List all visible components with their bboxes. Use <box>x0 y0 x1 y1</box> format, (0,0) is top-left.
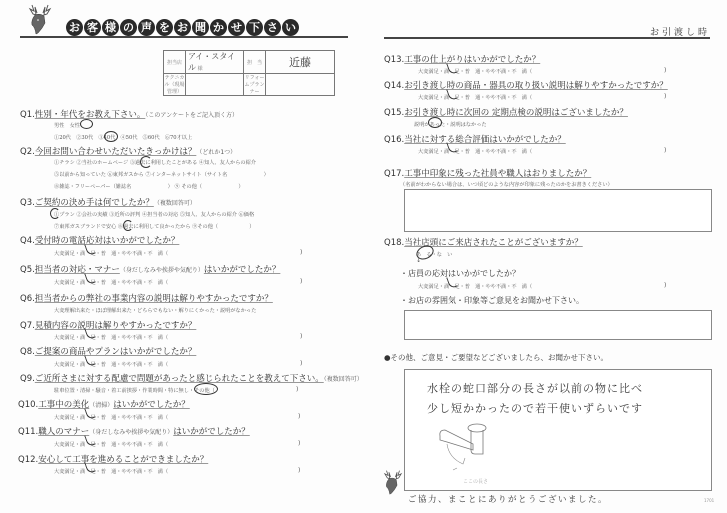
q12-rating-options[interactable]: 大変満足・満 足・普 通・やや不満・不 満（ <box>54 468 168 475</box>
selection-circle <box>104 131 118 142</box>
q-text: 今回お問い合わせいただいたきっかけは？ <box>35 147 197 157</box>
question-2: Q2.今回お問い合わせいただいたきっかけは？（どれか1つ） <box>20 145 236 157</box>
comment-line-2: 少し短かかったので若干使いずらいです <box>427 400 643 416</box>
q-note: （身だしなみや挨拶や気配り） <box>89 429 173 436</box>
q-text: ご近所さまに対する配慮で問題があったと感じられたことを教えて下さい。 <box>35 374 324 384</box>
selection-circle <box>140 156 152 168</box>
arrow-down-icon: ↓ <box>416 257 421 264</box>
comment-line-1: 水栓の蛇口部分の長さが以前の物に比べ <box>427 380 643 396</box>
comments-heading: ●その他、ご意見・ご要望などございましたら、お聞かせ下さい。 <box>384 352 608 363</box>
q-num: Q10. <box>18 400 38 410</box>
q-num: Q9. <box>20 374 35 384</box>
header-divider <box>20 36 348 38</box>
question-12: Q12.安心して工事を進めることができましたか？ <box>18 453 208 465</box>
q-note: （身だしなみや挨拶や気配り） <box>120 267 204 274</box>
question-14: Q14.お引き渡し時の商品・器具の取り扱い説明は解りやすかったですか？ <box>384 79 668 91</box>
q11-rating-options[interactable]: 大変満足・満 足・普 通・やや不満・不 満（ <box>54 441 168 448</box>
selection-circle <box>123 220 133 231</box>
q2-options-row1[interactable]: ①チラシ ②当社のホームページ ③過去に利用したことがある ④知人、友人からの紹… <box>54 159 256 166</box>
q14-rating-options[interactable]: 大変満足・満 足・普 通・やや不満・不 満（ <box>418 94 532 101</box>
title-char: せ <box>228 19 245 36</box>
q5-rating-options[interactable]: 大変満足・満 足・普 通・やや不満・不 満（ <box>54 279 168 286</box>
q-num: Q11. <box>18 427 38 437</box>
question-10: Q10.工事中の美化（清掃）はいかがでしたか？ <box>18 398 190 410</box>
q7-rating-options[interactable]: 大変満足・満 足・普 通・やや不満・不 満（ <box>54 334 168 341</box>
title-char: お <box>174 19 191 36</box>
sub-q1-rating-options[interactable]: 大変満足・満 足・普 通・やや不満・不 満（ <box>418 283 532 290</box>
q-num: Q6. <box>20 294 35 304</box>
title-char: い <box>282 19 299 36</box>
question-5: Q5.担当者の対応・マナー（身だしなみや挨拶や気配り）はいかがでしたか？ <box>20 263 280 275</box>
q15-options[interactable]: 説明があった・説明はなかった <box>414 121 487 128</box>
q-num: Q7. <box>20 321 35 331</box>
q-num: Q4. <box>20 236 35 246</box>
right-page: お引渡し時 Q13.工事の仕上がりはいかがでしたか？ 大変満足・満 足・普 通・… <box>364 0 727 513</box>
person-label: 担 当 <box>244 51 266 74</box>
q-text: はいかがでしたか？ <box>113 400 190 410</box>
q16-rating-options[interactable]: 大変満足・満 足・普 通・やや不満・不 満（ <box>418 148 532 155</box>
question-17: Q17.工事中印象に残った社員や職人はおりましたか？ <box>384 167 591 179</box>
q-num: Q8. <box>20 347 35 357</box>
selection-circle <box>428 117 442 128</box>
question-13: Q13.工事の仕上がりはいかがでしたか？ <box>384 53 540 65</box>
title-char: か <box>210 19 227 36</box>
question-4: Q4.受付時の電話応対はいかがでしたか？ <box>20 234 179 246</box>
closing-message: ご協力、まことにありがとうございました。 <box>408 493 608 505</box>
paren-close: ) <box>300 278 302 285</box>
question-3: Q3.ご契約の決め手は何でしたか？（複数回答可） <box>20 196 196 208</box>
faucet-sketch-icon <box>435 420 495 485</box>
q-text: 工事中印象に残った社員や職人はおりましたか？ <box>404 169 591 179</box>
deer-logo-icon <box>24 3 56 35</box>
left-page: お 客 様 の 声 を お 聞 か せ 下 さ い 担当店 アイ・スタイル 様 … <box>0 0 364 513</box>
q-text: ご提案の商品やプランはいかがでしたか？ <box>35 347 197 357</box>
store-suffix: 様 <box>198 66 203 72</box>
q10-rating-options[interactable]: 大変満足・満 足・普 通・やや不満・不 満（ <box>54 414 168 421</box>
q-note: （複数回答可） <box>324 376 363 383</box>
question-16: Q16.当社に対する総合評価はいかがでしたか？ <box>384 133 566 145</box>
comments-box[interactable]: 水栓の蛇口部分の長さが以前の物に比べ 少し短かかったので若干使いずらいです ここ… <box>404 369 712 491</box>
survey-title: お 客 様 の 声 を お 聞 か せ 下 さ い <box>66 19 299 36</box>
store-value: アイ・スタイル <box>188 52 235 72</box>
q-text: 工事中の美化 <box>38 400 89 410</box>
technical-value <box>186 74 244 96</box>
paren-close: ) <box>300 360 302 367</box>
title-char: 下 <box>246 19 263 36</box>
q-text: 性別・年代をお教え下さい。 <box>35 110 146 120</box>
q-text: 受付時の電話応対はいかがでしたか？ <box>35 236 180 246</box>
q-text: 当社に対する総合評価はいかがでしたか？ <box>404 135 566 145</box>
header-divider <box>384 37 710 39</box>
sub-question-staff-response: ・店員の応対はいかがでしたか？ <box>400 268 520 279</box>
q-num: Q17. <box>384 169 404 179</box>
q-text: 担当者の対応・マナー <box>35 265 120 275</box>
q-text: 職人のマナー <box>38 427 89 437</box>
q-text: 見積内容の説明は解りやすかったですか？ <box>35 321 197 331</box>
q-num: Q16. <box>384 135 404 145</box>
q-num: Q15. <box>384 108 404 118</box>
q9-options[interactable]: 駐車位置・清掃・騒音・着工前挨拶・作業時間・特に無し・その他（ <box>54 387 215 394</box>
planner-label: リフォームプランナー <box>244 74 266 96</box>
staff-table: 担当店 アイ・スタイル 様 担 当 近藤 テクニカル（現場管理） リフォームプラ… <box>163 50 335 96</box>
q6-options[interactable]: 大変理解出来た・ほぼ理解出来た・どちらでもない・解りにくかった・説明がなかった <box>54 307 256 314</box>
q-num: Q14. <box>384 81 404 91</box>
paren-close: ) <box>298 440 300 447</box>
paren-close: ) <box>298 467 300 474</box>
q-num: Q1. <box>20 110 35 120</box>
deer-logo-icon <box>380 468 406 496</box>
planner-value <box>266 74 335 96</box>
question-8: Q8.ご提案の商品やプランはいかがでしたか？ <box>20 345 196 357</box>
paren-close: ) <box>296 386 298 393</box>
sketch-label: ここの長さ <box>463 478 488 485</box>
q-note: （このアンケートをご記入頂く方） <box>145 112 238 119</box>
title-char: 客 <box>84 19 101 36</box>
title-char: お <box>66 19 83 36</box>
title-char: 様 <box>102 19 119 36</box>
q2-options-row3[interactable]: ⑧雑誌・フリーペーパー（雑誌名 ） ⑨ その他（ ） <box>54 183 244 190</box>
q-note: （清掃） <box>89 402 113 409</box>
q-text: お引き渡し時の商品・器具の取り扱い説明は解りやすかったですか？ <box>404 81 668 91</box>
question-11: Q11.職人のマナー（身だしなみや挨拶や気配り）はいかがでしたか？ <box>18 425 250 437</box>
q13-rating-options[interactable]: 大変満足・満 足・普 通・やや不満・不 満（ <box>418 68 532 75</box>
q-note: （複数回答可） <box>154 200 196 207</box>
paren-close: ) <box>300 333 302 340</box>
q2-options-row2[interactable]: ⑤以前から知っていた ⑥東邦ガスから ⑦インターネットサイト（サイト名 ） <box>54 171 269 178</box>
title-char: を <box>156 19 173 36</box>
selection-circle <box>80 119 93 129</box>
person-value: 近藤 <box>266 51 335 74</box>
paren-close: ) <box>300 249 302 256</box>
store-label: 担当店 <box>164 51 186 74</box>
q-num: Q5. <box>20 265 35 275</box>
title-char: 声 <box>138 19 155 36</box>
question-6: Q6.担当者からの弊社の事業内容の説明は解りやすかったですか？ <box>20 292 273 304</box>
q-num: Q12. <box>18 455 38 465</box>
q3-options-row2[interactable]: ⑦東邦ガスブランドで安心 ⑧過去に利用して良かったから ⑨その他（ ） <box>54 223 254 230</box>
q-text: ご契約の決め手は何でしたか？ <box>35 198 154 208</box>
technical-label: テクニカル（現場管理） <box>164 74 186 96</box>
question-7: Q7.見積内容の説明は解りやすかったですか？ <box>20 319 196 331</box>
q-num: Q3. <box>20 198 35 208</box>
paren-close: ) <box>298 413 300 420</box>
q4-rating-options[interactable]: 大変満足・満 足・普 通・やや不満・不 満（ <box>54 250 168 257</box>
paren-close: ) <box>664 282 666 289</box>
title-char: さ <box>264 19 281 36</box>
paren-close: ) <box>664 93 666 100</box>
q1-gender-options[interactable]: 男性 女性 <box>54 122 80 129</box>
q-num: Q18. <box>384 238 404 248</box>
q-text: 工事の仕上がりはいかがでしたか？ <box>404 55 540 65</box>
sub-q2-answer-box[interactable] <box>404 310 712 340</box>
paren-close: ) <box>664 147 666 154</box>
selection-circle <box>194 383 218 395</box>
question-1: Q1.性別・年代をお教え下さい。（このアンケートをご記入頂く方） <box>20 108 238 120</box>
question-15: Q15.お引き渡し時に次回の 定期点検の説明はございましたか？ <box>384 106 628 118</box>
q-text: はいかがでしたか？ <box>204 265 281 275</box>
q8-rating-options[interactable]: 大変満足・満 足・普 通・やや不満・不 満（ <box>54 361 168 368</box>
q-text: はいかがでしたか？ <box>173 427 250 437</box>
page-code: 1701 <box>704 498 714 503</box>
title-char: 聞 <box>192 19 209 36</box>
q-note: （どれか1つ） <box>196 149 236 156</box>
question-18: Q18.当社店頭にご来店されたことがございますか？ <box>384 236 583 248</box>
q17-answer-box[interactable] <box>404 189 712 232</box>
q3-options-row1[interactable]: ①プラン ②会社の実績 ③近所の評判 ④担当者の対応 ⑤知人、友人からの紹介 ⑥… <box>54 211 254 218</box>
q17-note: （名前がわからない場合は、いつ頃どのような内容が印象に残ったのかをお書きください… <box>400 181 613 188</box>
selection-circle <box>50 208 60 219</box>
sub-question-store-atmosphere: ・お店の雰囲気・印象等ご意見をお聞かせ下さい。 <box>400 295 584 306</box>
store-value-cell: アイ・スタイル 様 <box>186 51 244 74</box>
title-char: の <box>120 19 137 36</box>
q1-age-options[interactable]: ①20代 ②30代 ③40代 ④50代 ⑤60代 ⑥70才以上 <box>54 134 192 141</box>
q-text: 担当者からの弊社の事業内容の説明は解りやすかったですか？ <box>35 294 273 304</box>
q-num: Q2. <box>20 147 35 157</box>
q-text: 安心して工事を進めることができましたか？ <box>38 455 208 465</box>
question-9: Q9.ご近所さまに対する配慮で問題があったと感じられたことを教えて下さい。（複数… <box>20 372 363 384</box>
paren-close: ) <box>664 67 666 74</box>
q-num: Q13. <box>384 55 404 65</box>
